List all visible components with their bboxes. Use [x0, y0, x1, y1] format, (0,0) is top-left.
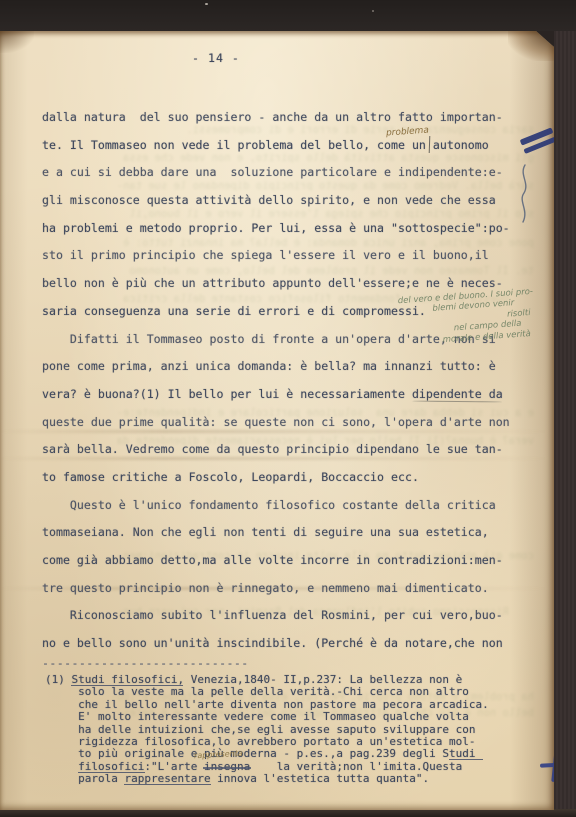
- footnote-block: (1) Studi filosofici, Venezia,1840- II,p…: [45, 674, 489, 786]
- ink-squiggle-mark: [516, 163, 532, 225]
- dust-speck: [372, 10, 374, 12]
- scan-background-top: [0, 0, 576, 31]
- body-line: te. Il Tommaseo non vede il problema del…: [42, 132, 527, 160]
- underline-mark: [71, 685, 183, 686]
- scanned-document-photo: saria conseguenza una serie di errori e …: [0, 0, 576, 817]
- typewritten-body: dalla natura del suo pensiero - anche da…: [42, 104, 527, 658]
- body-line: tommaseiana. Non che egli non tenti di s…: [42, 519, 527, 547]
- underline-mark: [449, 759, 483, 760]
- dust-speck: [205, 3, 208, 5]
- footnote-line: parola rappresentare innova l'estetica t…: [45, 773, 489, 785]
- footnote-line: solo la veste ma la pelle della verità.-…: [45, 686, 489, 698]
- body-line: Questo è l'unico fondamento filosofico c…: [42, 492, 527, 520]
- body-line: no e bello sono un'unità inscindibile. (…: [42, 630, 527, 658]
- body-line: ha problemi e metodo proprio. Per lui, e…: [42, 215, 527, 243]
- body-line: queste due prime qualità: se queste non …: [42, 409, 527, 437]
- scan-background-right: [554, 0, 576, 817]
- body-line: come già abbiamo detto,ma alle volte inc…: [42, 547, 527, 575]
- scan-background-bottom: [0, 809, 576, 817]
- body-line: Riconosciamo subito l'influenza del Rosm…: [42, 602, 527, 630]
- footnote-line: to più originale e più moderna - p.es.,a…: [45, 748, 489, 760]
- body-line: dalla natura del suo pensiero - anche da…: [42, 104, 527, 132]
- handwritten-margin-note: del vero e del buono. I suoi pro-blemi d…: [395, 252, 576, 348]
- footnote-separator: ----------------------------: [42, 656, 249, 670]
- underline-mark: [78, 772, 145, 773]
- footnote-line: E' molto interessante vedere come il Tom…: [45, 711, 489, 723]
- underline-mark: [124, 784, 211, 785]
- page-number: - 14 -: [192, 51, 240, 65]
- body-line: tre questo principio non è rinnegato, e …: [42, 575, 527, 603]
- body-line: vera? è buona?(1) Il bello per lui è nec…: [42, 381, 527, 409]
- body-line: gli misconosce questa attività dello spi…: [42, 187, 527, 215]
- body-line: e a cui si debba dare una soluzione part…: [42, 159, 527, 187]
- strikethrough-mark: [203, 767, 251, 769]
- body-line: to famose critiche a Foscolo, Leopardi, …: [42, 464, 527, 492]
- body-line: sarà bella. Vedremo come da questo princ…: [42, 436, 527, 464]
- document-page: saria conseguenza una serie di errori e …: [0, 31, 554, 810]
- body-line: pone come prima, anzi unica domanda: è b…: [42, 353, 527, 381]
